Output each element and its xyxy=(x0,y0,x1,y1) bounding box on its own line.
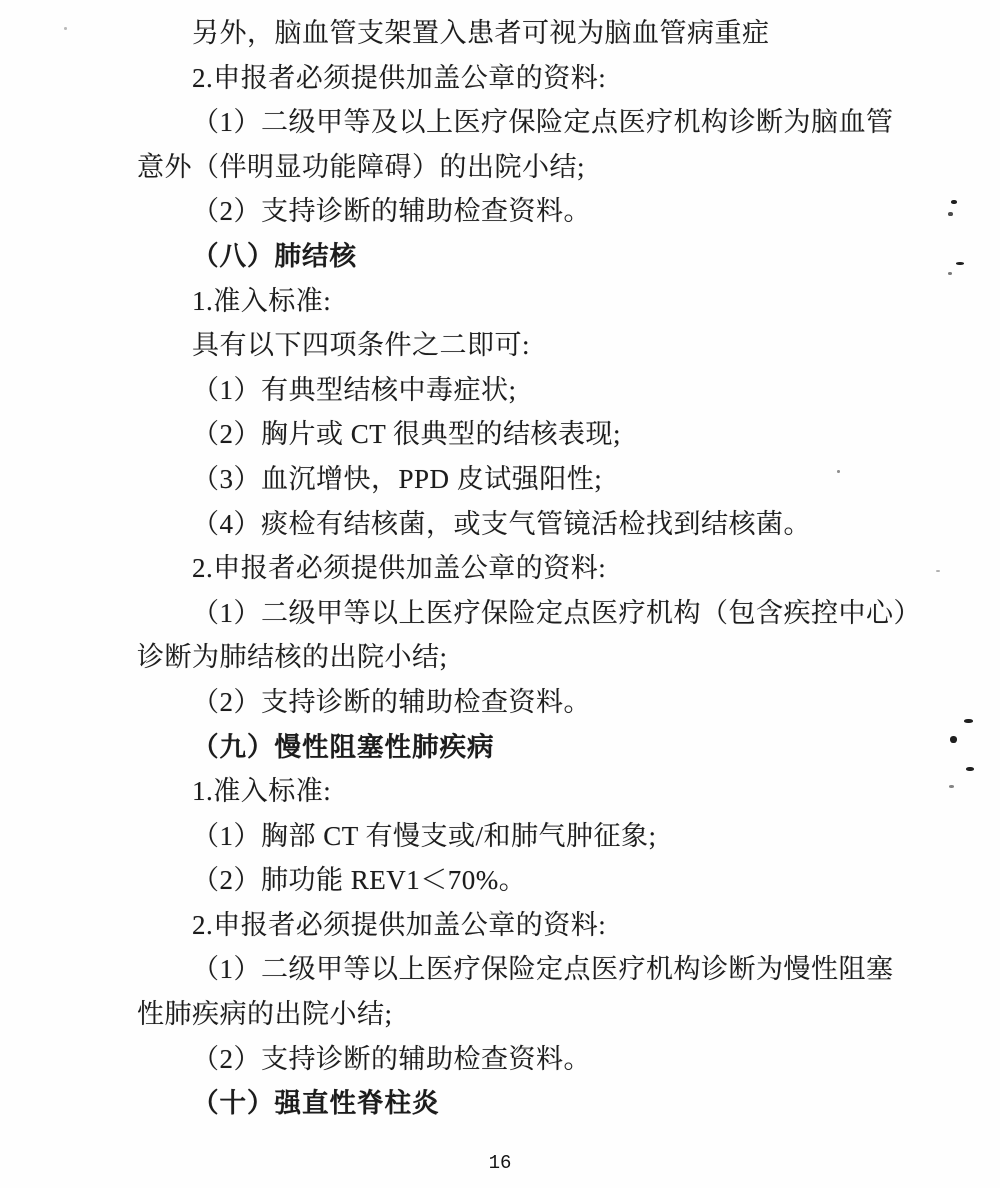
text-line: 2.申报者必须提供加盖公章的资料: xyxy=(137,56,907,101)
document-body: 另外，脑血管支架置入患者可视为脑血管病重症 2.申报者必须提供加盖公章的资料: … xyxy=(137,11,907,1126)
text-line: （2）支持诊断的辅助检查资料。 xyxy=(137,189,907,234)
text-line: 1.准入标准: xyxy=(137,769,907,814)
scan-artifact xyxy=(956,262,964,265)
section-heading: （十）强直性脊柱炎 xyxy=(137,1081,907,1126)
document-page: 另外，脑血管支架置入患者可视为脑血管病重症 2.申报者必须提供加盖公章的资料: … xyxy=(0,0,1000,1188)
text-line: （4）痰检有结核菌，或支气管镜活检找到结核菌。 xyxy=(137,502,907,547)
text-line: （1）有典型结核中毒症状; xyxy=(137,368,907,413)
scan-artifact xyxy=(948,272,952,275)
scan-artifact xyxy=(950,736,957,743)
text-line: （1）二级甲等以上医疗保险定点医疗机构（包含疾控中心） xyxy=(137,591,907,636)
text-line: （2）肺功能 REV1＜70%。 xyxy=(137,858,907,903)
scan-artifact xyxy=(964,719,973,723)
text-line: 诊断为肺结核的出院小结; xyxy=(137,635,907,680)
text-line: （1）胸部 CT 有慢支或/和肺气肿征象; xyxy=(137,814,907,859)
scan-artifact xyxy=(64,27,67,30)
text-line: （1）二级甲等及以上医疗保险定点医疗机构诊断为脑血管 xyxy=(137,100,907,145)
scan-artifact xyxy=(949,785,954,788)
text-line: （1）二级甲等以上医疗保险定点医疗机构诊断为慢性阻塞 xyxy=(137,947,907,992)
section-heading: （八）肺结核 xyxy=(137,234,907,279)
text-line: （2）支持诊断的辅助检查资料。 xyxy=(137,1037,907,1082)
text-line: 1.准入标准: xyxy=(137,279,907,324)
text-line: 2.申报者必须提供加盖公章的资料: xyxy=(137,903,907,948)
page-number: 16 xyxy=(0,1152,1000,1174)
section-heading: （九）慢性阻塞性肺疾病 xyxy=(137,725,907,770)
scan-artifact xyxy=(837,470,840,473)
text-line: 2.申报者必须提供加盖公章的资料: xyxy=(137,546,907,591)
text-line: 具有以下四项条件之二即可: xyxy=(137,323,907,368)
scan-artifact xyxy=(948,212,953,216)
text-line: 另外，脑血管支架置入患者可视为脑血管病重症 xyxy=(137,11,907,56)
text-line: 性肺疾病的出院小结; xyxy=(137,992,907,1037)
scan-artifact xyxy=(951,200,957,204)
scan-artifact xyxy=(936,570,940,572)
text-line: （2）胸片或 CT 很典型的结核表现; xyxy=(137,412,907,457)
text-line: （2）支持诊断的辅助检查资料。 xyxy=(137,680,907,725)
scan-artifact xyxy=(966,767,974,771)
text-line: （3）血沉增快，PPD 皮试强阳性; xyxy=(137,457,907,502)
text-line: 意外（伴明显功能障碍）的出院小结; xyxy=(137,145,907,190)
